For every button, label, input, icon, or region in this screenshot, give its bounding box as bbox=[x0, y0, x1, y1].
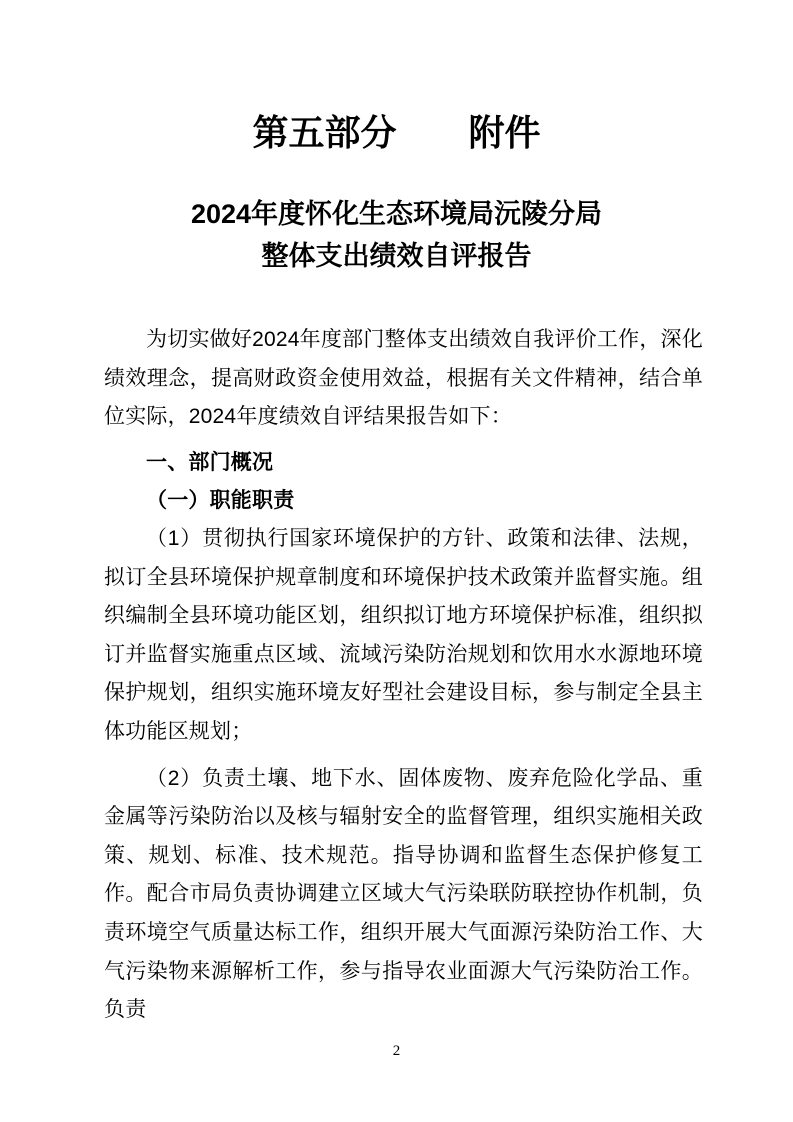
duty-item-2: （2）负责土壤、地下水、固体废物、废弃危险化学品、重金属等污染防治以及核与辐射安… bbox=[104, 760, 703, 1030]
part-title: 第五部分 附件 bbox=[0, 111, 793, 155]
duty-item-1: （1）贯彻执行国家环境保护的方针、政策和法律、法规，拟订全县环境保护规章制度和环… bbox=[104, 520, 703, 752]
report-title-line2: 整体支出绩效自评报告 bbox=[0, 235, 793, 277]
document-body: 为切实做好2024年度部门整体支出绩效自我评价工作，深化绩效理念，提高财政资金使… bbox=[104, 321, 703, 1030]
intro-paragraph: 为切实做好2024年度部门整体支出绩效自我评价工作，深化绩效理念，提高财政资金使… bbox=[104, 321, 703, 437]
report-title-line1: 2024年度怀化生态环境局沅陵分局 bbox=[0, 193, 793, 235]
section-heading-overview: 一、部门概况 bbox=[104, 443, 703, 482]
report-title: 2024年度怀化生态环境局沅陵分局 整体支出绩效自评报告 bbox=[0, 193, 793, 277]
page-number: 2 bbox=[0, 1043, 793, 1059]
section-heading-duties: （一）职能职责 bbox=[104, 481, 703, 520]
document-page: 第五部分 附件 2024年度怀化生态环境局沅陵分局 整体支出绩效自评报告 为切实… bbox=[0, 0, 793, 1122]
